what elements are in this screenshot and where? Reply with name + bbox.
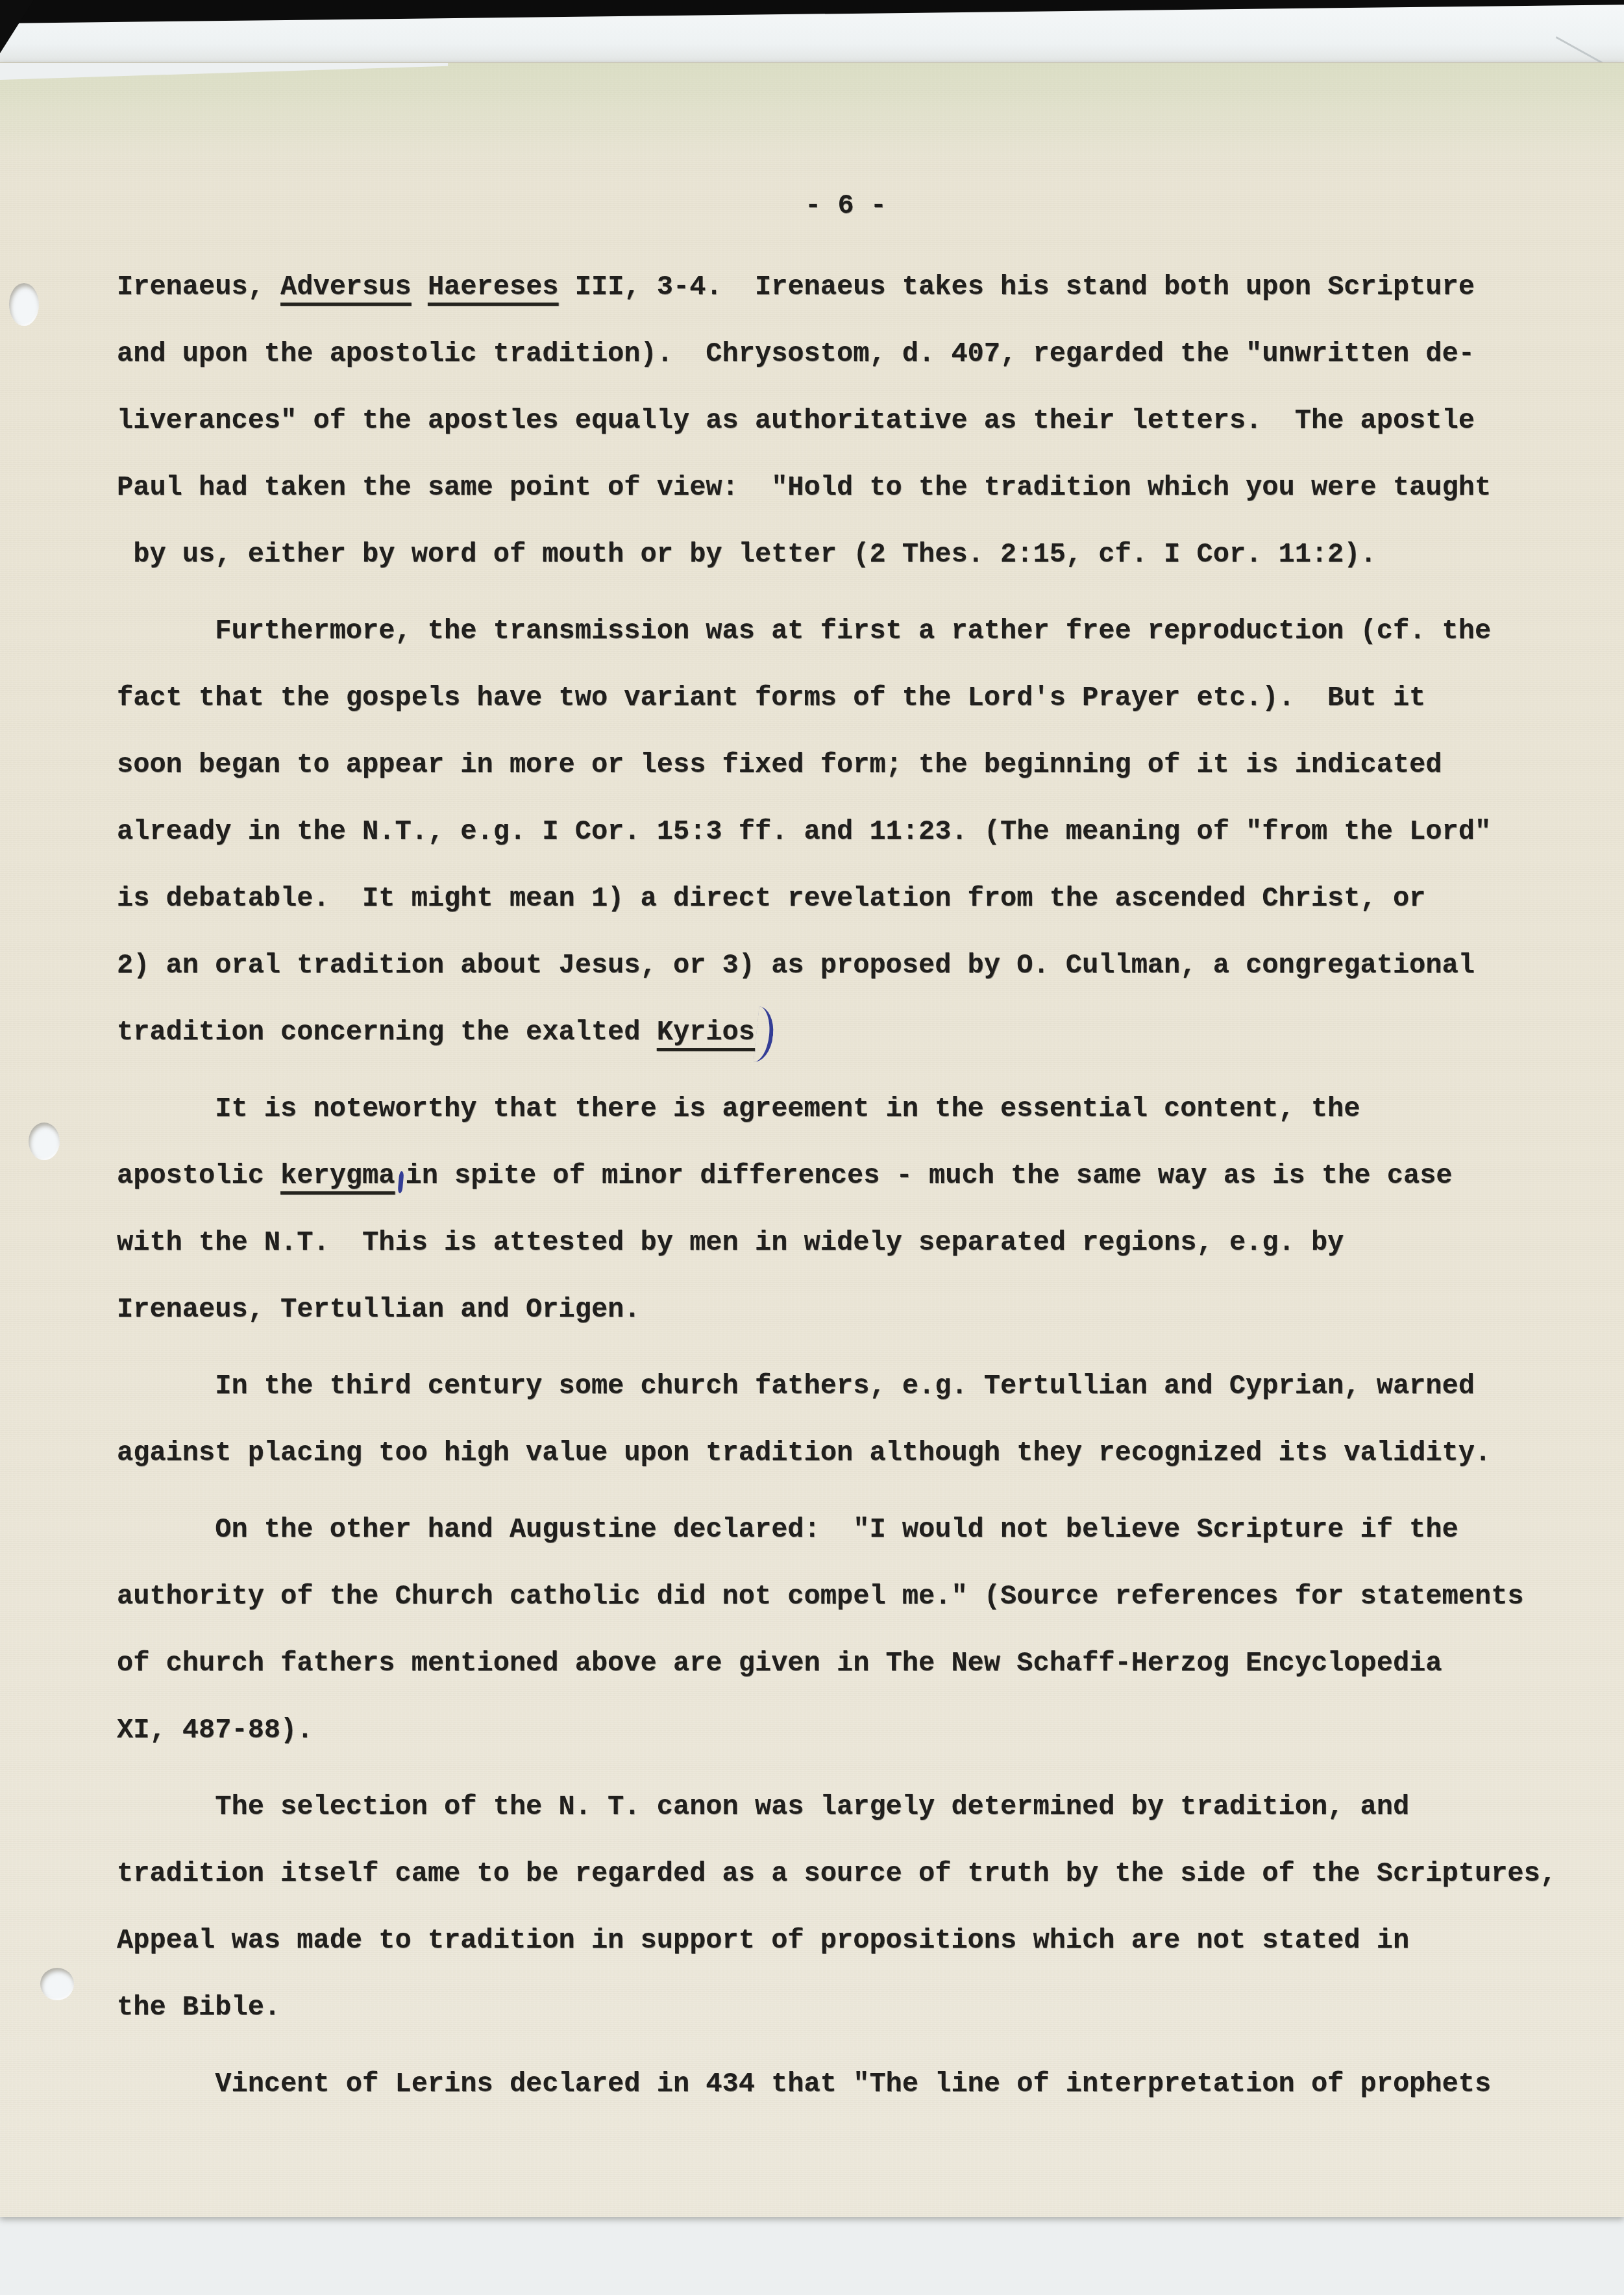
typed-text: by us, either by word of mouth or by let… xyxy=(133,539,1377,570)
typed-text: Vincent of Lerins declared in 434 that "… xyxy=(215,2068,1491,2100)
typed-text: liverances" of the apostles equally as a… xyxy=(117,405,1475,436)
underlined-word: Kyrios xyxy=(657,1017,755,1048)
typed-line: Paul had taken the same point of view: "… xyxy=(117,454,1610,521)
punch-hole-bottom xyxy=(40,1968,74,2000)
typed-text: tradition concerning the exalted xyxy=(117,1017,657,1048)
scanned-document: - 6 - Irenaeus, Adversus Haereses III, 3… xyxy=(0,0,1624,2295)
typed-text: Irenaeus, Tertullian and Origen. xyxy=(117,1294,641,1325)
typed-text: XI, 487-88). xyxy=(117,1715,313,1746)
typed-line: In the third century some church fathers… xyxy=(117,1353,1610,1420)
typed-text: against placing too high value upon trad… xyxy=(117,1437,1491,1469)
typed-text: the Bible. xyxy=(117,1992,280,2023)
typed-line: Vincent of Lerins declared in 434 that "… xyxy=(117,2051,1610,2118)
typed-text: On the other hand Augustine declared: "I… xyxy=(215,1514,1458,1545)
typed-line: It is noteworthy that there is agreement… xyxy=(117,1076,1610,1143)
typed-line: against placing too high value upon trad… xyxy=(117,1420,1610,1487)
typed-text: already in the N.T., e.g. I Cor. 15:3 ff… xyxy=(117,816,1491,847)
typed-text: The selection of the N. T. canon was lar… xyxy=(215,1791,1409,1822)
handwritten-comma xyxy=(398,1171,404,1193)
typed-line: with the N.T. This is attested by men in… xyxy=(117,1210,1610,1276)
typed-text: 2) an oral tradition about Jesus, or 3) … xyxy=(117,950,1475,981)
typed-text: III, 3-4. Irenaeus takes his stand both … xyxy=(559,271,1475,303)
typed-line: and upon the apostolic tradition). Chrys… xyxy=(117,321,1610,388)
typed-text xyxy=(412,271,428,303)
typed-line: soon began to appear in more or less fix… xyxy=(117,732,1610,799)
punch-hole-middle xyxy=(29,1123,60,1160)
typed-line: The selection of the N. T. canon was lar… xyxy=(117,1774,1610,1841)
typed-text: tradition itself came to be regarded as … xyxy=(117,1858,1556,1889)
underlined-word: Adversus xyxy=(280,271,412,303)
typed-line: apostolic kerygmain spite of minor diffe… xyxy=(117,1143,1610,1210)
paper-page: - 6 - Irenaeus, Adversus Haereses III, 3… xyxy=(0,62,1624,2217)
typed-text: authority of the Church catholic did not… xyxy=(117,1581,1524,1612)
typed-text: of church fathers mentioned above are gi… xyxy=(117,1648,1442,1679)
typed-text: Paul had taken the same point of view: "… xyxy=(117,472,1491,503)
typed-text: with the N.T. This is attested by men in… xyxy=(117,1227,1344,1258)
typed-line: tradition itself came to be regarded as … xyxy=(117,1841,1610,1907)
typed-text: and upon the apostolic tradition). Chrys… xyxy=(117,338,1475,369)
typed-line: of church fathers mentioned above are gi… xyxy=(117,1630,1610,1697)
typed-text: It is noteworthy that there is agreement… xyxy=(215,1093,1360,1124)
typed-line: by us, either by word of mouth or by let… xyxy=(117,521,1610,588)
typed-line: Irenaeus, Adversus Haereses III, 3-4. Ir… xyxy=(117,254,1610,321)
typed-line: already in the N.T., e.g. I Cor. 15:3 ff… xyxy=(117,799,1610,865)
typed-line: Irenaeus, Tertullian and Origen. xyxy=(117,1276,1610,1343)
typed-text: is debatable. It might mean 1) a direct … xyxy=(117,883,1425,914)
typed-text: In the third century some church fathers… xyxy=(215,1371,1475,1402)
typed-text: Furthermore, the transmission was at fir… xyxy=(215,615,1491,647)
typed-line: tradition concerning the exalted Kyrios xyxy=(117,999,1610,1066)
typed-line: 2) an oral tradition about Jesus, or 3) … xyxy=(117,932,1610,999)
typed-line: the Bible. xyxy=(117,1974,1610,2041)
typed-text: fact that the gospels have two variant f… xyxy=(117,682,1425,713)
typed-line: XI, 487-88). xyxy=(117,1697,1610,1764)
punch-hole-top xyxy=(9,283,39,326)
typed-line: is debatable. It might mean 1) a direct … xyxy=(117,865,1610,932)
typed-line: Furthermore, the transmission was at fir… xyxy=(117,598,1610,665)
typed-text: in spite of minor differences - much the… xyxy=(405,1160,1452,1191)
typed-text: soon began to appear in more or less fix… xyxy=(117,749,1442,780)
typed-line: fact that the gospels have two variant f… xyxy=(117,665,1610,732)
typed-line: authority of the Church catholic did not… xyxy=(117,1563,1610,1630)
underlined-word: Haereses xyxy=(428,271,559,303)
typed-line: liverances" of the apostles equally as a… xyxy=(117,388,1610,454)
typed-text-block: Irenaeus, Adversus Haereses III, 3-4. Ir… xyxy=(117,254,1610,2118)
typed-line: Appeal was made to tradition in support … xyxy=(117,1907,1610,1974)
page-number: - 6 - xyxy=(805,190,887,221)
typed-text: apostolic xyxy=(117,1160,280,1191)
underlined-word: kerygma xyxy=(280,1160,395,1191)
handwritten-paren xyxy=(754,1006,776,1063)
typed-text: Irenaeus, xyxy=(117,271,280,303)
paper-top-tint xyxy=(0,63,1624,167)
typed-text: Appeal was made to tradition in support … xyxy=(117,1925,1409,1956)
typed-line: On the other hand Augustine declared: "I… xyxy=(117,1496,1610,1563)
